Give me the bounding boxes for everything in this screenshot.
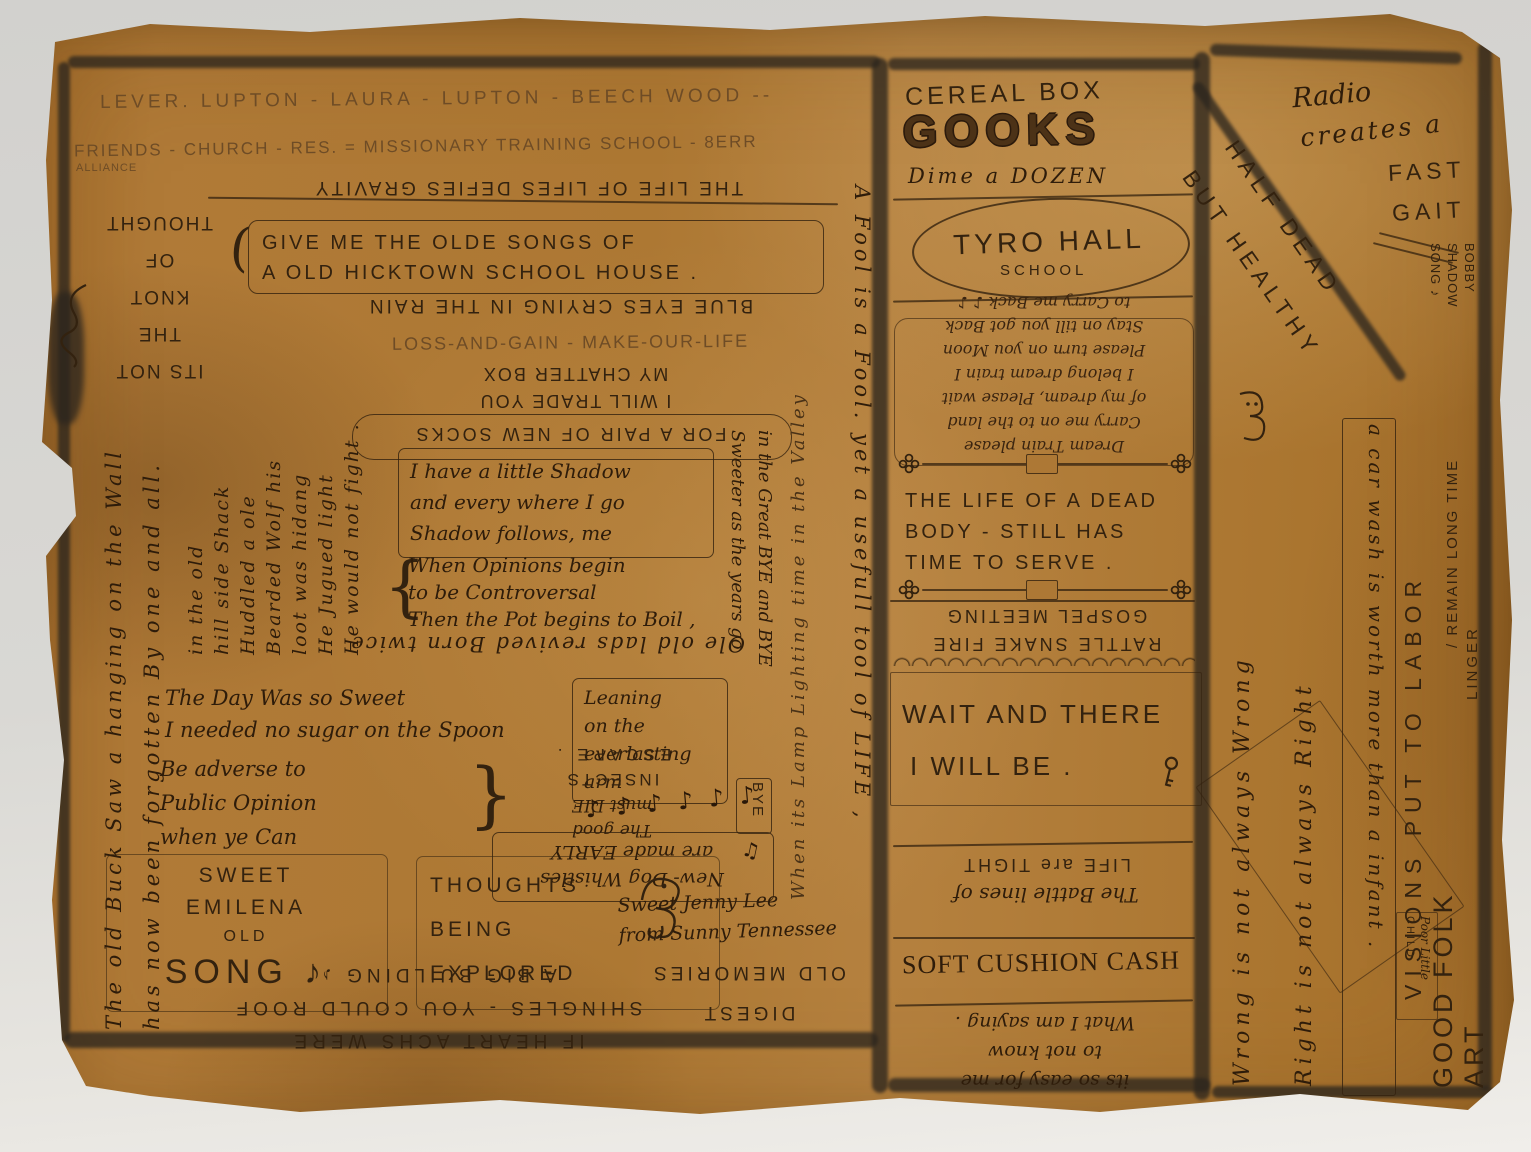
flower-icon xyxy=(1170,578,1192,600)
battle-line2: LIFE are TIGHT xyxy=(902,850,1190,880)
quote-revived: Ole old lads revived Born twice xyxy=(335,632,745,656)
poor-line2: CHILD xyxy=(1402,916,1417,1016)
quote-adverse: Be adverse to Public Opinion when ye Can xyxy=(160,752,480,854)
adverse-line2: Public Opinion xyxy=(160,786,480,820)
adverse-line1: Be adverse to xyxy=(160,752,480,786)
ink-divider-6 xyxy=(895,999,1193,1006)
opinions-line1: When Opinions begin xyxy=(408,552,738,579)
quote-wrong: Wrong is not always Wrong xyxy=(1230,431,1255,1086)
adverse-line3: when ye Can xyxy=(160,820,480,854)
knot-line4: OF xyxy=(84,241,234,278)
shingles-line1: IF HEART ACHS WERE xyxy=(112,1024,762,1057)
rattle-line1: RATTLE SNAKE FIRE xyxy=(900,630,1192,658)
folk-art-paper: LEVER. LUPTON - LAURA - LUPTON - BEECH W… xyxy=(0,0,1531,1152)
quote-fool-tool: A Fool is a Fool. yet a usefull tool of … xyxy=(850,185,874,890)
flower-divider-2 xyxy=(898,578,1192,600)
bye-word: BYE xyxy=(749,782,766,828)
dead-body-line2: BODY - STILL HAS xyxy=(905,517,1190,548)
label-bobby-shadow-song: BOBBY SHADOW SONG ♪ xyxy=(1427,243,1478,343)
scallop-divider xyxy=(893,656,1195,666)
quote-fast-line1: FAST xyxy=(1387,156,1466,187)
header-names: LEVER. LUPTON - LAURA - LUPTON - BEECH W… xyxy=(100,84,860,114)
rectangle-doodle-1 xyxy=(1026,454,1058,474)
dream-line6: Stay on till you got Back xyxy=(898,314,1190,338)
trade-line1: I WILL TRADE YOU xyxy=(390,387,760,414)
flower-icon xyxy=(1170,452,1192,474)
quote-olde-songs: GIVE ME THE OLDE SONGS OF A OLD HICKTOWN… xyxy=(262,228,812,288)
title-gooks: GOOKS xyxy=(903,104,1103,157)
quote-trade-chatterbox: I WILL TRADE YOU MY CHATTER BOX xyxy=(390,360,760,414)
quote-jenny-lee: Sweet Jenny Lee from Sunny Tennessee xyxy=(617,881,889,950)
subtitle-dime-a-dozen: Dime a DOZEN xyxy=(908,164,1108,188)
rectangle-doodle-2 xyxy=(1026,580,1058,600)
quote-socks: FOR A PAIR OF NEW SOCKS xyxy=(360,423,780,444)
shack-line3: Huddled a ole xyxy=(235,325,261,655)
dream-line5: Please turn on you Moon xyxy=(898,338,1190,362)
quote-dream-train: Dream Train please Carry me on to the la… xyxy=(898,290,1190,458)
dream-line3: of my dream, Please wait xyxy=(898,386,1190,410)
sweet-line3: OLD xyxy=(112,924,380,950)
squiggle-doodle xyxy=(56,280,96,370)
quote-fast-line2: GAIT xyxy=(1391,196,1466,227)
dream-line7: to Carry me Back ♪ ♪ xyxy=(898,290,1190,314)
charcoal-top-right xyxy=(1210,44,1462,65)
dead-body-line1: THE LIFE OF A DEAD xyxy=(905,486,1190,517)
header-alliance: ALLIANCE xyxy=(76,162,137,174)
bobby-line1: BOBBY xyxy=(1461,243,1478,343)
quote-radio-line2: creates a xyxy=(1299,109,1444,153)
shadow-line2: and every where I go xyxy=(410,487,705,518)
bobby-line3: SONG ♪ xyxy=(1427,243,1444,343)
day-sweet-line1: The Day Was so Sweet xyxy=(165,682,625,714)
label-poor-child: Poor Little CHILD xyxy=(1402,916,1432,1016)
shadow-line1: I have a little Shadow xyxy=(410,456,705,487)
shack-line7: He would not fight . xyxy=(339,325,365,655)
olde-songs-line1: GIVE ME THE OLDE SONGS OF xyxy=(262,228,812,258)
flower-divider-1 xyxy=(898,452,1192,474)
quote-battle-lines: The Battle lines of LIFE are TIGHT xyxy=(902,850,1190,910)
flower-icon xyxy=(898,578,920,600)
knot-line3: KNOT xyxy=(84,278,234,315)
quote-opinions: When Opinions begin to be Controversal T… xyxy=(408,552,738,633)
escape-line4: ESCAPE . xyxy=(492,742,732,767)
quote-dead-body: THE LIFE OF A DEAD BODY - STILL HAS TIME… xyxy=(905,486,1190,579)
ink-divider-4 xyxy=(893,841,1193,847)
quote-defies-gravity: THE LIFE OF LIFES DEFIES GRAVITY xyxy=(218,176,838,198)
leaning-line2: on the xyxy=(584,712,719,740)
quote-wait: WAIT AND THERE I WILL BE . xyxy=(902,688,1192,792)
quote-carwash: a car wash is worth more than a infant . xyxy=(1364,424,1388,1084)
quote-easy-saying: its so easy for me to not know What I am… xyxy=(895,1008,1195,1095)
shack-line5: loot was hidang xyxy=(287,325,313,655)
charcoal-left-edge xyxy=(58,62,70,1042)
knot-line5: THOUGHT xyxy=(84,204,234,241)
dead-body-line3: TIME TO SERVE . xyxy=(905,548,1190,579)
olde-songs-line2: A OLD HICKTOWN SCHOOL HOUSE . xyxy=(262,258,812,288)
quote-blue-eyes: BLUE EYES CRYING IN THE RAIN xyxy=(300,294,820,316)
quote-right: Right is not always Right xyxy=(1292,471,1317,1086)
quote-little-shadow: I have a little Shadow and every where I… xyxy=(410,456,705,549)
bobby-line2: SHADOW xyxy=(1444,243,1461,343)
shingles-line2: SHINGLES - YOU COULD ROOF xyxy=(112,991,762,1024)
shack-line6: He Jugued light xyxy=(313,325,339,655)
quote-shingles: IF HEART ACHS WERE SHINGLES - YOU COULD … xyxy=(112,958,762,1057)
flower-icon xyxy=(898,452,920,474)
shack-line2: hill side Shack xyxy=(209,325,235,655)
easy-line3: What I am saying . xyxy=(895,1008,1195,1037)
opinions-line2: to be Controversal xyxy=(408,579,738,606)
shack-line1: in the old xyxy=(183,325,209,655)
easy-line1: its so easy for me xyxy=(895,1066,1195,1095)
charcoal-top-left xyxy=(68,56,880,68)
sweet-line2: EMILENA xyxy=(112,892,380,924)
dream-line4: I belong dream train I xyxy=(898,362,1190,386)
quote-linger: LINGER xyxy=(1464,550,1481,700)
label-school: SCHOOL xyxy=(1000,262,1087,279)
dream-line2: Carry me on to the land xyxy=(898,410,1190,434)
wait-line2: I WILL BE . xyxy=(902,740,1192,792)
quote-lamp-lighting: When its Lamp Lighting time in the Valle… xyxy=(788,355,809,900)
quote-radio-line1: Radio xyxy=(1291,77,1373,115)
quote-loss-gain: LOSS-AND-GAIN - MAKE-OUR-LIFE xyxy=(392,330,832,355)
quote-day-sweet: The Day Was so Sweet I needed no sugar o… xyxy=(165,682,625,746)
poor-line1: Poor Little xyxy=(1417,916,1432,1016)
shingles-line3: A BIG BUILDING ♪ xyxy=(112,958,762,991)
opinions-line3: Then the Pot begins to Boil , xyxy=(408,606,738,633)
charcoal-top-middle xyxy=(888,58,1200,70)
ink-divider-5 xyxy=(893,937,1195,939)
battle-line1: The Battle lines of xyxy=(902,880,1190,910)
shack-line4: Bearded Wolf his xyxy=(261,325,287,655)
easy-line2: to not know xyxy=(895,1037,1195,1066)
trade-line2: MY CHATTER BOX xyxy=(390,360,760,387)
quote-soft-cushion: SOFT CUSHION CASH xyxy=(902,946,1181,981)
wait-line1: WAIT AND THERE xyxy=(902,688,1192,740)
header-church: FRIENDS - CHURCH - RES. = MISSIONARY TRA… xyxy=(74,130,864,161)
quote-hillside-shack: in the old hill side Shack Huddled a ole… xyxy=(183,325,365,655)
leaning-line1: Leaning xyxy=(584,684,719,712)
quote-rattle-snake: RATTLE SNAKE FIRE GOSPEL MEETING xyxy=(900,602,1192,658)
shadow-line3: Shadow follows, me xyxy=(410,518,705,549)
quote-remain: / REMAIN LONG TIME xyxy=(1444,378,1461,648)
rattle-line2: GOSPEL MEETING xyxy=(900,602,1192,630)
sweet-line1: SWEET xyxy=(112,860,380,892)
